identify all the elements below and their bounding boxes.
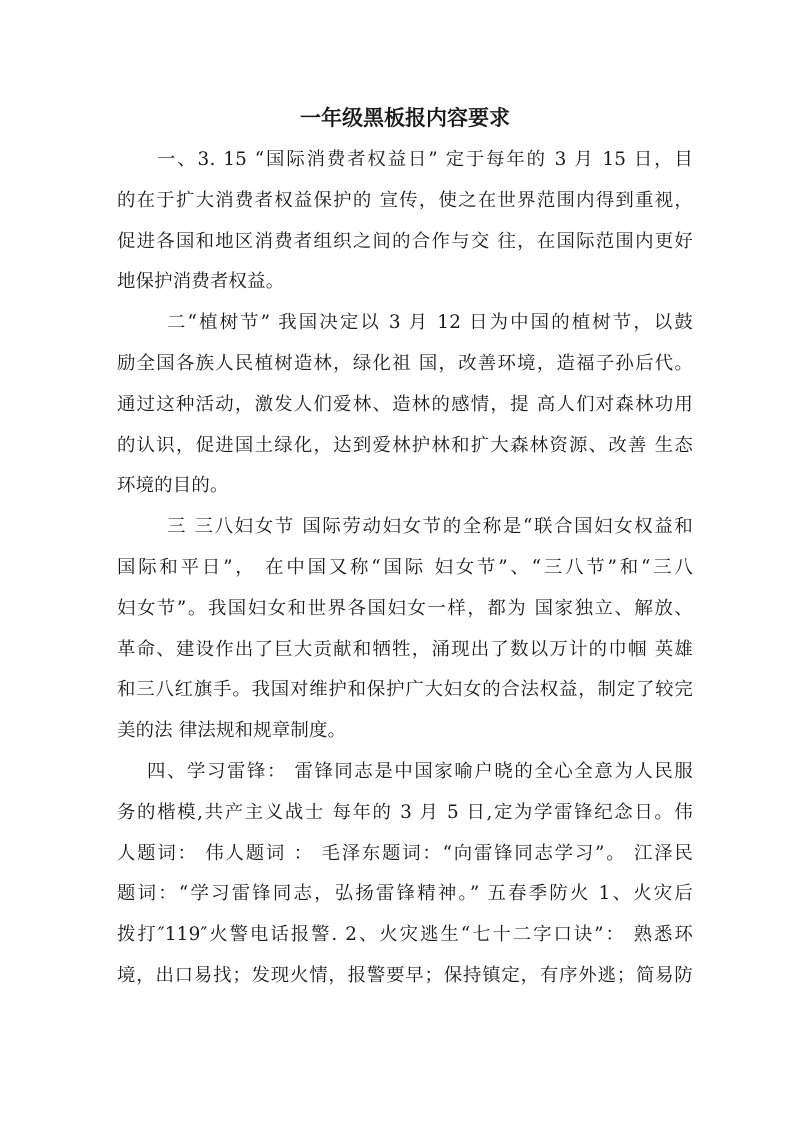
text-line: 一、3. 15 “国际消费者权益日” 定于每年的 3 月 15 日，目 [117, 140, 693, 181]
paragraph-3: 三 三八妇女节 国际劳动妇女节的全称是“联合国妇女权益和国际和平日”， 在中国又… [117, 507, 693, 752]
paragraph-4: 四、学习雷锋： 雷锋同志是中国家喻户晓的全心全意为人民服务的楷模,共产主义战士 … [117, 752, 693, 997]
text-line: 促进各国和地区消费者组织之间的合作与交 往，在国际范围内更好 [117, 222, 693, 263]
text-line: 美的法 律法规和规章制度。 [117, 711, 693, 752]
text-line: 人题词： 伟人题词 ： 毛泽东题词：“向雷锋同志学习”。 江泽民 [117, 834, 693, 875]
text-line: 二“植树节” 我国决定以 3 月 12 日为中国的植树节，以鼓 [117, 303, 693, 344]
paragraph-2: 二“植树节” 我国决定以 3 月 12 日为中国的植树节，以鼓励全国各族人民植树… [117, 303, 693, 507]
text-line: 务的楷模,共产主义战士 每年的 3 月 5 日,定为学雷锋纪念日。伟 [117, 793, 693, 834]
text-line: 通过这种活动，激发人们爱林、造林的感情，提 高人们对森林功用 [117, 385, 693, 426]
text-line: 国际和平日”， 在中国又称“国际 妇女节”、“三八节”和“三八 [117, 548, 693, 589]
text-line: 和三八红旗手。我国对维护和保护广大妇女的合法权益，制定了较完 [117, 670, 693, 711]
document-title: 一年级黑板报内容要求 [117, 100, 693, 136]
text-line: 拨打″119″火警电话报警. 2、火灾逃生“七十二字口诀”： 熟悉环 [117, 915, 693, 956]
text-line: 励全国各族人民植树造林，绿化祖 国，改善环境，造福子孙后代。 [117, 344, 693, 385]
text-line: 境，出口易找；发现火情，报警要早；保持镇定，有序外逃；简易防 [117, 956, 693, 997]
text-line: 妇女节”。我国妇女和世界各国妇女一样，都为 国家独立、解放、 [117, 589, 693, 630]
document-body: 一、3. 15 “国际消费者权益日” 定于每年的 3 月 15 日，目的在于扩大… [117, 140, 693, 997]
text-line: 题词：“学习雷锋同志，弘扬雷锋精神。” 五春季防火 1、火灾后 [117, 874, 693, 915]
text-line: 三 三八妇女节 国际劳动妇女节的全称是“联合国妇女权益和 [117, 507, 693, 548]
text-line: 革命、建设作出了巨大贡献和牺牲，涌现出了数以万计的巾帼 英雄 [117, 630, 693, 671]
text-line: 环境的目的。 [117, 466, 693, 507]
text-line: 的在于扩大消费者权益保护的 宣传，使之在世界范围内得到重视， [117, 181, 693, 222]
text-line: 四、学习雷锋： 雷锋同志是中国家喻户晓的全心全意为人民服 [117, 752, 693, 793]
text-line: 的认识，促进国土绿化，达到爱林护林和扩大森林资源、改善 生态 [117, 426, 693, 467]
document-page: 一年级黑板报内容要求 一、3. 15 “国际消费者权益日” 定于每年的 3 月 … [117, 100, 693, 997]
paragraph-1: 一、3. 15 “国际消费者权益日” 定于每年的 3 月 15 日，目的在于扩大… [117, 140, 693, 303]
text-line: 地保护消费者权益。 [117, 262, 693, 303]
